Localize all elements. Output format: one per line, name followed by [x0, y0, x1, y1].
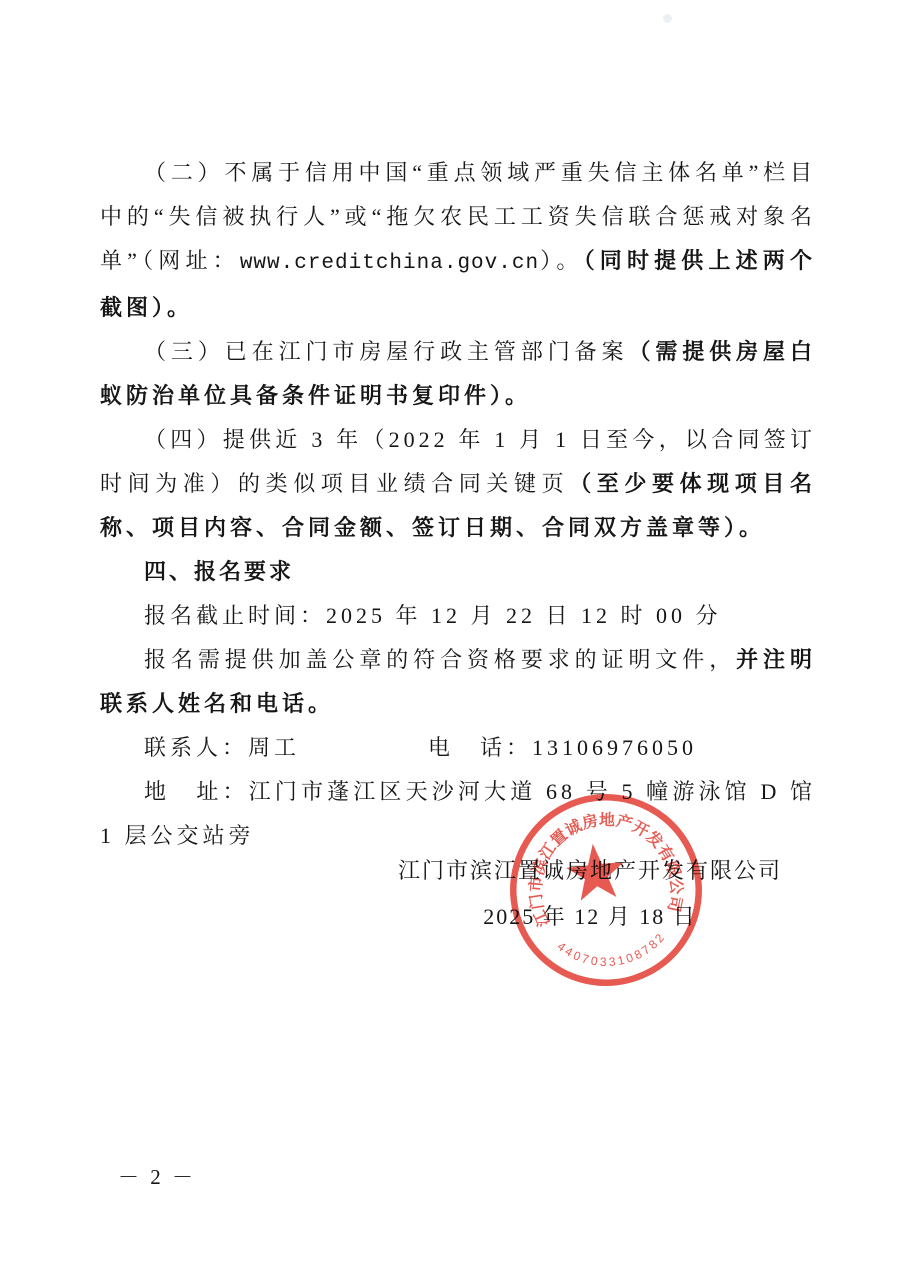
signature-company: 江门市滨江置诚房地产开发有限公司: [390, 848, 790, 894]
scan-artifact: [663, 14, 672, 23]
address-line: 地 址：江门市蓬江区天沙河大道 68 号 5 幢游泳馆 D 馆 1 层公交站旁: [100, 770, 816, 858]
clause-3-text: （三）已在江门市房屋行政主管部门备案: [144, 339, 628, 364]
signature-date: 2025 年 12 月 18 日: [390, 894, 790, 940]
section-4-heading: 四、报名要求: [100, 550, 816, 594]
clause-4-paragraph: （四）提供近 3 年（2022 年 1 月 1 日至今，以合同签订时间为准）的类…: [100, 418, 816, 550]
credit-china-url: www.creditchina.gov.cn: [240, 252, 539, 275]
requirement-paragraph: 报名需提供加盖公章的符合资格要求的证明文件，并注明联系人姓名和电话。: [100, 638, 816, 726]
requirement-text: 报名需提供加盖公章的符合资格要求的证明文件，: [144, 647, 736, 672]
contact-line: 联系人：周工电 话：13106976050: [100, 726, 816, 770]
signature-block: 江门市滨江置诚房地产开发有限公司 2025 年 12 月 18 日: [390, 848, 790, 940]
document-body: （二）不属于信用中国“重点领域严重失信主体名单”栏目中的“失信被执行人”或“拖欠…: [100, 151, 816, 858]
clause-2-after-url: ）。: [539, 248, 584, 273]
deadline-line: 报名截止时间：2025 年 12 月 22 日 12 时 00 分: [100, 594, 816, 638]
clause-3-paragraph: （三）已在江门市房屋行政主管部门备案（需提供房屋白蚁防治单位具备条件证明书复印件…: [100, 330, 816, 418]
contact-person: 联系人：周工: [144, 735, 300, 760]
contact-phone: 电 话：13106976050: [428, 735, 697, 760]
clause-2-paragraph: （二）不属于信用中国“重点领域严重失信主体名单”栏目中的“失信被执行人”或“拖欠…: [100, 151, 816, 330]
page-number: － 2 －: [118, 1162, 196, 1192]
document-page: （二）不属于信用中国“重点领域严重失信主体名单”栏目中的“失信被执行人”或“拖欠…: [0, 0, 900, 1272]
